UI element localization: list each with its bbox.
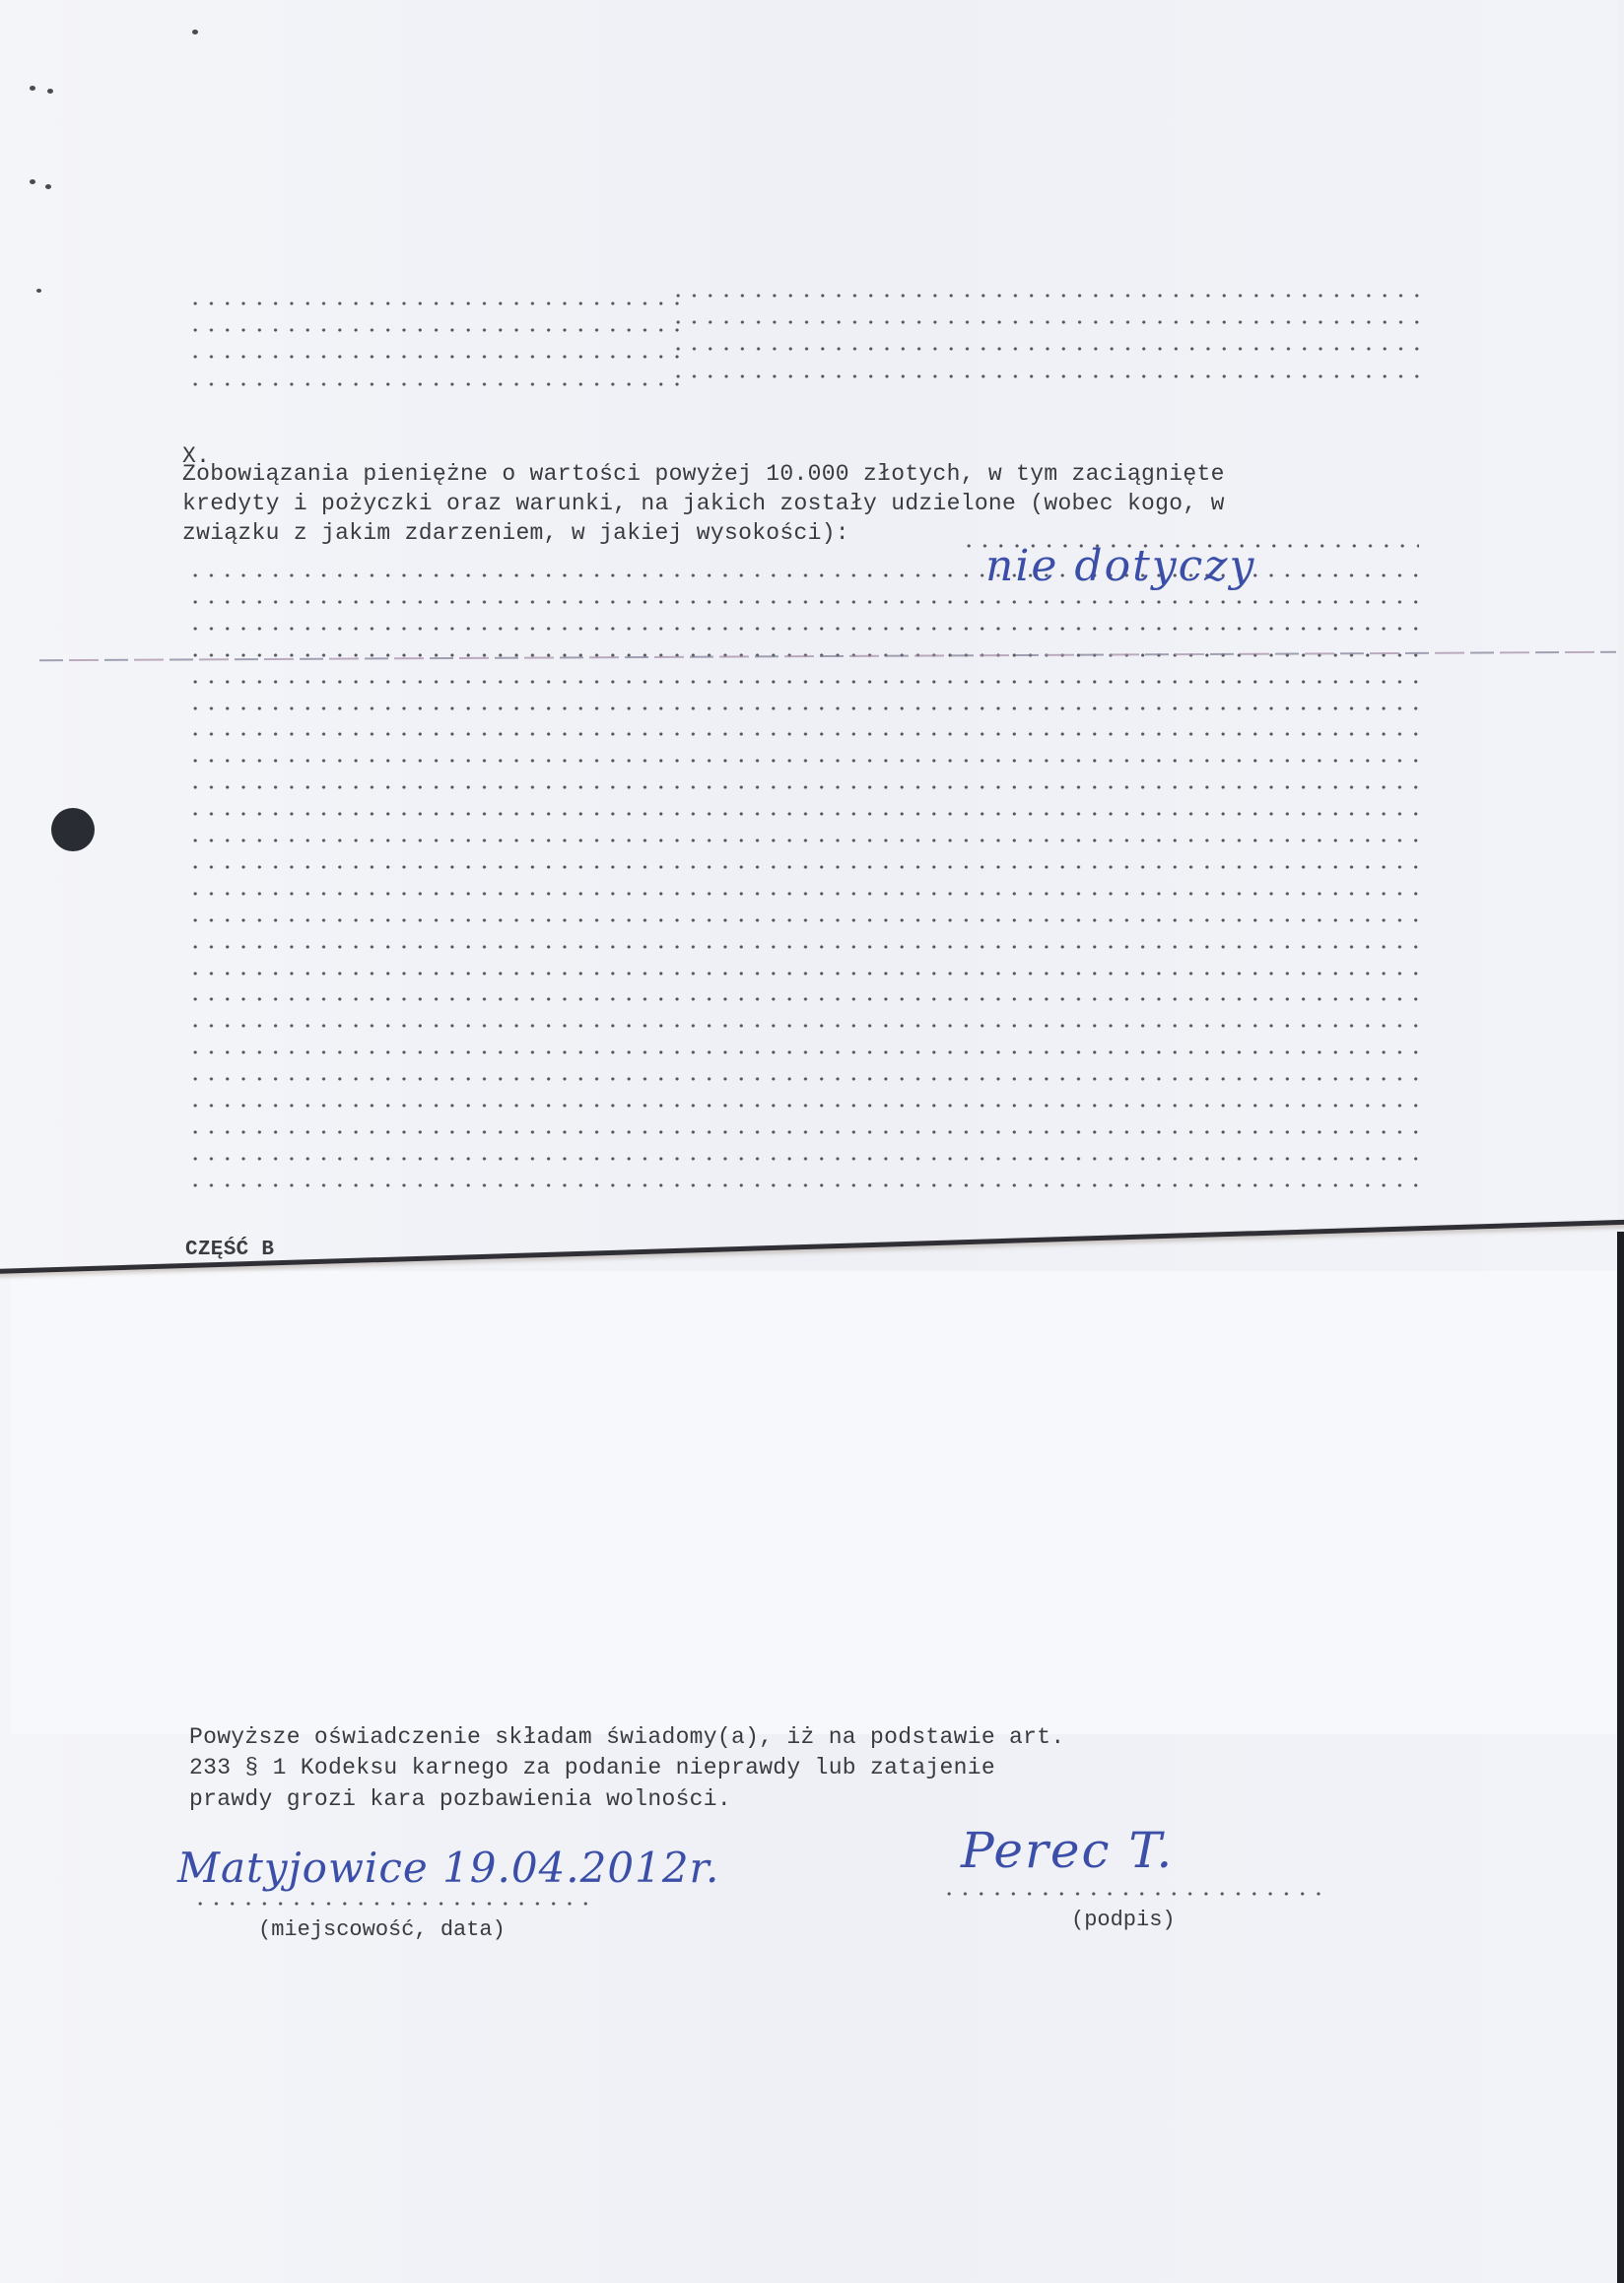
dotted-answer-line (670, 294, 1419, 298)
dotted-answer-line (187, 945, 1419, 949)
dotted-answer-line (187, 302, 680, 305)
dotted-answer-line (187, 355, 680, 359)
handwritten-signature: Perec T. (961, 1826, 1174, 1875)
place-date-caption: (miejscowość, data) (258, 1917, 506, 1942)
section-x-line-2: kredyty i pożyczki oraz warunki, na jaki… (182, 493, 1225, 515)
dotted-answer-line (187, 812, 1419, 816)
section-x-line-3: związku z jakim zdarzeniem, w jakiej wys… (182, 522, 849, 545)
scan-edge (1617, 0, 1624, 1232)
declaration-line-3: prawdy grozi kara pozbawienia wolności. (189, 1788, 731, 1811)
binder-hole (51, 808, 95, 851)
speck (36, 289, 41, 293)
dotted-answer-line (187, 328, 680, 332)
overlapping-sheet (10, 1271, 1616, 1734)
dotted-answer-line (187, 1024, 1419, 1028)
speck (45, 184, 51, 189)
dotted-answer-line (187, 680, 1419, 684)
section-x-line-1: Zobowiązania pieniężne o wartości powyże… (182, 463, 1225, 486)
dotted-answer-line (670, 347, 1419, 351)
dotted-answer-line (187, 839, 1419, 842)
dotted-answer-line (187, 706, 1419, 710)
dotted-answer-line (187, 1157, 1419, 1161)
dotted-answer-line (670, 374, 1419, 378)
speck (192, 30, 198, 34)
scan-edge-shadow (1617, 1232, 1624, 2283)
dotted-answer-line (187, 627, 1419, 631)
handwritten-place-date: Matyjowice 19.04.2012r. (177, 1847, 719, 1889)
dotted-answer-line (187, 972, 1419, 975)
dotted-answer-line (187, 1183, 1419, 1187)
speck (30, 86, 35, 91)
dotted-answer-line (187, 918, 1419, 922)
signature-caption: (podpis) (1071, 1908, 1176, 1932)
dotted-answer-line (187, 1104, 1419, 1108)
dotted-answer-line (187, 759, 1419, 763)
dotted-answer-line (187, 1130, 1419, 1134)
dotted-answer-line (670, 320, 1419, 324)
dotted-answer-line (187, 892, 1419, 896)
dotted-answer-line (187, 600, 1419, 604)
speck (30, 179, 35, 184)
dotted-answer-line (187, 1077, 1419, 1081)
speck (47, 89, 53, 94)
dotted-answer-line (187, 382, 680, 386)
dotted-answer-line (187, 865, 1419, 869)
declaration-line-1: Powyższe oświadczenie składam świadomy(a… (189, 1726, 1064, 1749)
signature-line (941, 1892, 1320, 1896)
dotted-answer-line (187, 1050, 1419, 1054)
dotted-answer-line (187, 785, 1419, 789)
place-date-line (192, 1902, 591, 1906)
declaration-line-2: 233 § 1 Kodeksu karnego za podanie niepr… (189, 1757, 995, 1779)
dotted-answer-line (187, 732, 1419, 736)
scanned-page (0, 0, 1624, 2283)
handwritten-answer: nie dotyczy (985, 545, 1255, 588)
dotted-answer-line (187, 997, 1419, 1001)
part-b-heading: CZĘŚĆ B (185, 1240, 274, 1260)
